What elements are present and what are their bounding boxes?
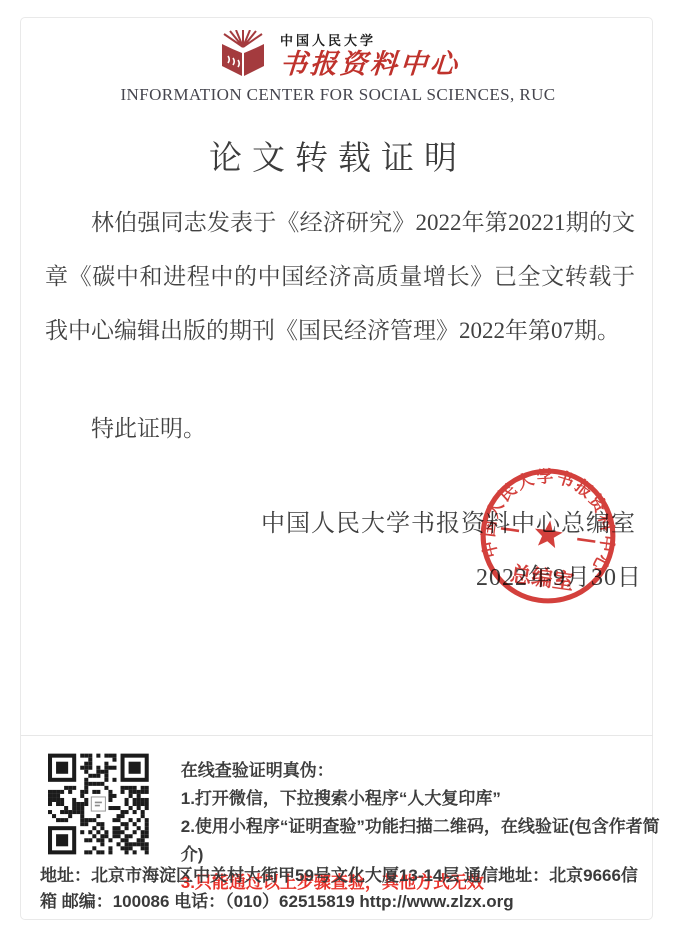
logo-row: 中国人民大学 书报资料中心 bbox=[0, 30, 676, 78]
seal-left-dash bbox=[501, 528, 519, 531]
center-name-en: INFORMATION CENTER FOR SOCIAL SCIENCES, … bbox=[0, 85, 676, 105]
certificate-body: 林伯强同志发表于《经济研究》2022年第20221期的文章《碳中和进程中的中国经… bbox=[45, 196, 635, 358]
official-seal-stamp-icon: 中国人民大学书报资料中心 总编室 bbox=[462, 450, 634, 622]
verify-heading: 在线查验证明真伪： bbox=[181, 757, 676, 785]
verify-step-1: 1.打开微信，下拉搜索小程序“人大复印库” bbox=[181, 785, 676, 813]
divider-line bbox=[21, 735, 653, 736]
seal-bottom-text: 总编室 bbox=[509, 561, 576, 595]
university-name: 中国人民大学 bbox=[280, 30, 460, 49]
svg-text:中国人民大学书报资料中心: 中国人民大学书报资料中心 bbox=[475, 457, 627, 578]
certificate-title: 论文转载证明 bbox=[0, 132, 676, 179]
book-left-cover bbox=[222, 44, 242, 76]
seal-arc-text: 中国人民大学书报资料中心 bbox=[475, 457, 627, 578]
certificate-page: 中国人民大学 书报资料中心 INFORMATION CENTER FOR SOC… bbox=[0, 0, 676, 940]
closing-statement: 特此证明。 bbox=[45, 410, 635, 443]
open-book-logo-icon bbox=[216, 30, 270, 78]
verify-step-2: 2.使用小程序“证明查验”功能扫描二维码，在线验证(包含作者简介) bbox=[181, 813, 676, 869]
center-name-cn: 书报资料中心 bbox=[279, 50, 461, 78]
book-right-cover bbox=[244, 44, 264, 76]
seal-right-dash bbox=[577, 539, 595, 542]
letterhead: 中国人民大学 书报资料中心 INFORMATION CENTER FOR SOC… bbox=[0, 30, 676, 105]
seal-star-icon bbox=[533, 518, 565, 548]
qr-code bbox=[48, 753, 149, 855]
contact-info: 地址：北京市海淀区中关村大街甲59号文化大厦13-14层 通信地址：北京9666… bbox=[40, 863, 638, 915]
